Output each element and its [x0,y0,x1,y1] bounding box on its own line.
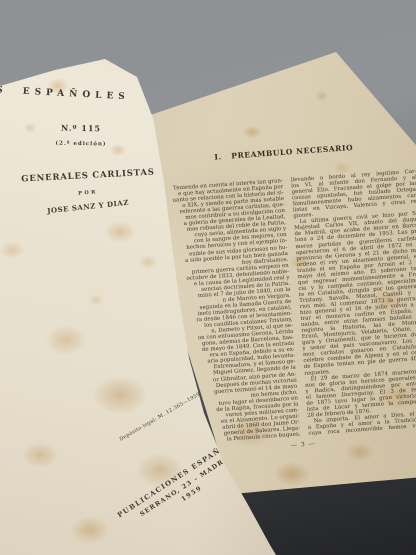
cover-title: GENERALES CARLISTAS [18,167,158,184]
interior-page-content: I. PREAMBULO NECESARIO Teniendo en cuent… [152,127,415,145]
book-photo: I. PREAMBULO NECESARIO Teniendo en cuent… [0,0,416,555]
legal-deposit: Depósito legal: M. 12.365—1959 [108,385,211,448]
series-title: AS ESPAÑOLES [0,85,184,105]
text-column-right: llevando a bordo al rey legítimo Car-los… [291,169,416,437]
section-heading: I. PREAMBULO NECESARIO [153,139,415,166]
issue-number: N.º 115 [36,122,126,134]
page-number: — 3 — [278,439,328,449]
edition-label: (2.ª edición) [31,140,131,148]
